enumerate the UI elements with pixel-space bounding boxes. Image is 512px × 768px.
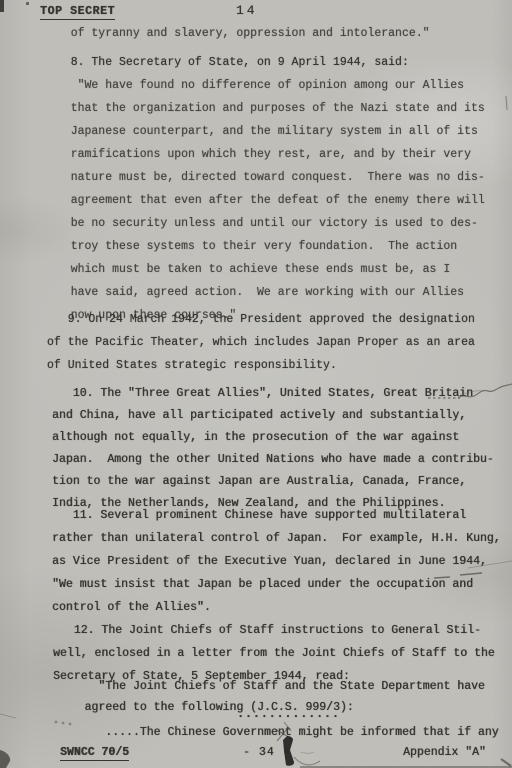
dotted-separator: .............: [237, 708, 340, 721]
text-line: ramifications upon which they rest, are,…: [50, 148, 485, 171]
paragraph-8-quote: "We have found no difference of opinion …: [50, 79, 485, 332]
paragraph-8-lead: 8. The Secretary of State, on 9 April 19…: [50, 56, 409, 79]
text-line: Japanese counterpart, and the military s…: [50, 125, 485, 148]
paragraph-11: 11. Several prominent Chinese have suppo…: [52, 509, 501, 624]
text-line: tion to the war against Japan are Austra…: [52, 475, 494, 497]
paragraph-10: 10. The "Three Great Allies", United Sta…: [52, 387, 494, 519]
text-line: "We must insist that Japan be placed und…: [52, 578, 501, 601]
footer-appendix-label: Appendix "A": [403, 746, 486, 759]
text-line: have said, agreed action. We are working…: [50, 286, 485, 309]
text-line: rather than unilateral control of Japan.…: [52, 532, 501, 555]
text-line: nature must be, directed toward conquest…: [50, 171, 485, 194]
text-line: "The Joint Chiefs of Staff and the State…: [50, 680, 485, 701]
text-line: "We have found no difference of opinion …: [50, 79, 485, 102]
text-line: which must be taken to achieve these end…: [50, 263, 485, 286]
text-line: 10. The "Three Great Allies", United Sta…: [52, 387, 494, 409]
text-line: of tyranny and slavery, oppression and i…: [50, 27, 430, 50]
document-content: TOP SECRET 14 of tyranny and slavery, op…: [0, 0, 512, 768]
paragraph-quote7-end: of tyranny and slavery, oppression and i…: [50, 27, 430, 50]
text-line: be no security unless and until our vict…: [50, 217, 485, 240]
text-line: troy these systems to their very foundat…: [50, 240, 485, 263]
text-line: as Vice President of the Executive Yuan,…: [52, 555, 501, 578]
page-number: 14: [236, 3, 258, 18]
text-line: 9. On 24 March 1942, the President appro…: [47, 313, 475, 336]
text-line: of the Pacific Theater, which includes J…: [47, 336, 475, 359]
text-line: that the organization and purposes of th…: [50, 102, 485, 125]
paragraph-9: 9. On 24 March 1942, the President appro…: [47, 313, 475, 382]
text-line: control of the Allies".: [52, 601, 501, 624]
classification-stamp: TOP SECRET: [40, 5, 115, 20]
text-line: although not equally, in the prosecution…: [52, 431, 494, 453]
text-line: 11. Several prominent Chinese have suppo…: [52, 509, 501, 532]
text-line: Japan. Among the other United Nations wh…: [52, 453, 494, 475]
text-line: well, enclosed in a letter from the Join…: [53, 647, 495, 670]
text-line: agreement that even after the defeat of …: [50, 194, 485, 217]
text-line: of United States strategic responsibilit…: [47, 359, 475, 382]
text-line: 8. The Secretary of State, on 9 April 19…: [50, 56, 409, 79]
footer-page-label: - 34 -: [243, 746, 290, 759]
scanned-document-page: TOP SECRET 14 of tyranny and slavery, op…: [0, 0, 512, 768]
text-line: and China, have all participated activel…: [52, 409, 494, 431]
text-line: 12. The Joint Chiefs of Staff instructio…: [53, 624, 495, 647]
footer-document-id: SWNCC 70/5: [60, 746, 129, 761]
